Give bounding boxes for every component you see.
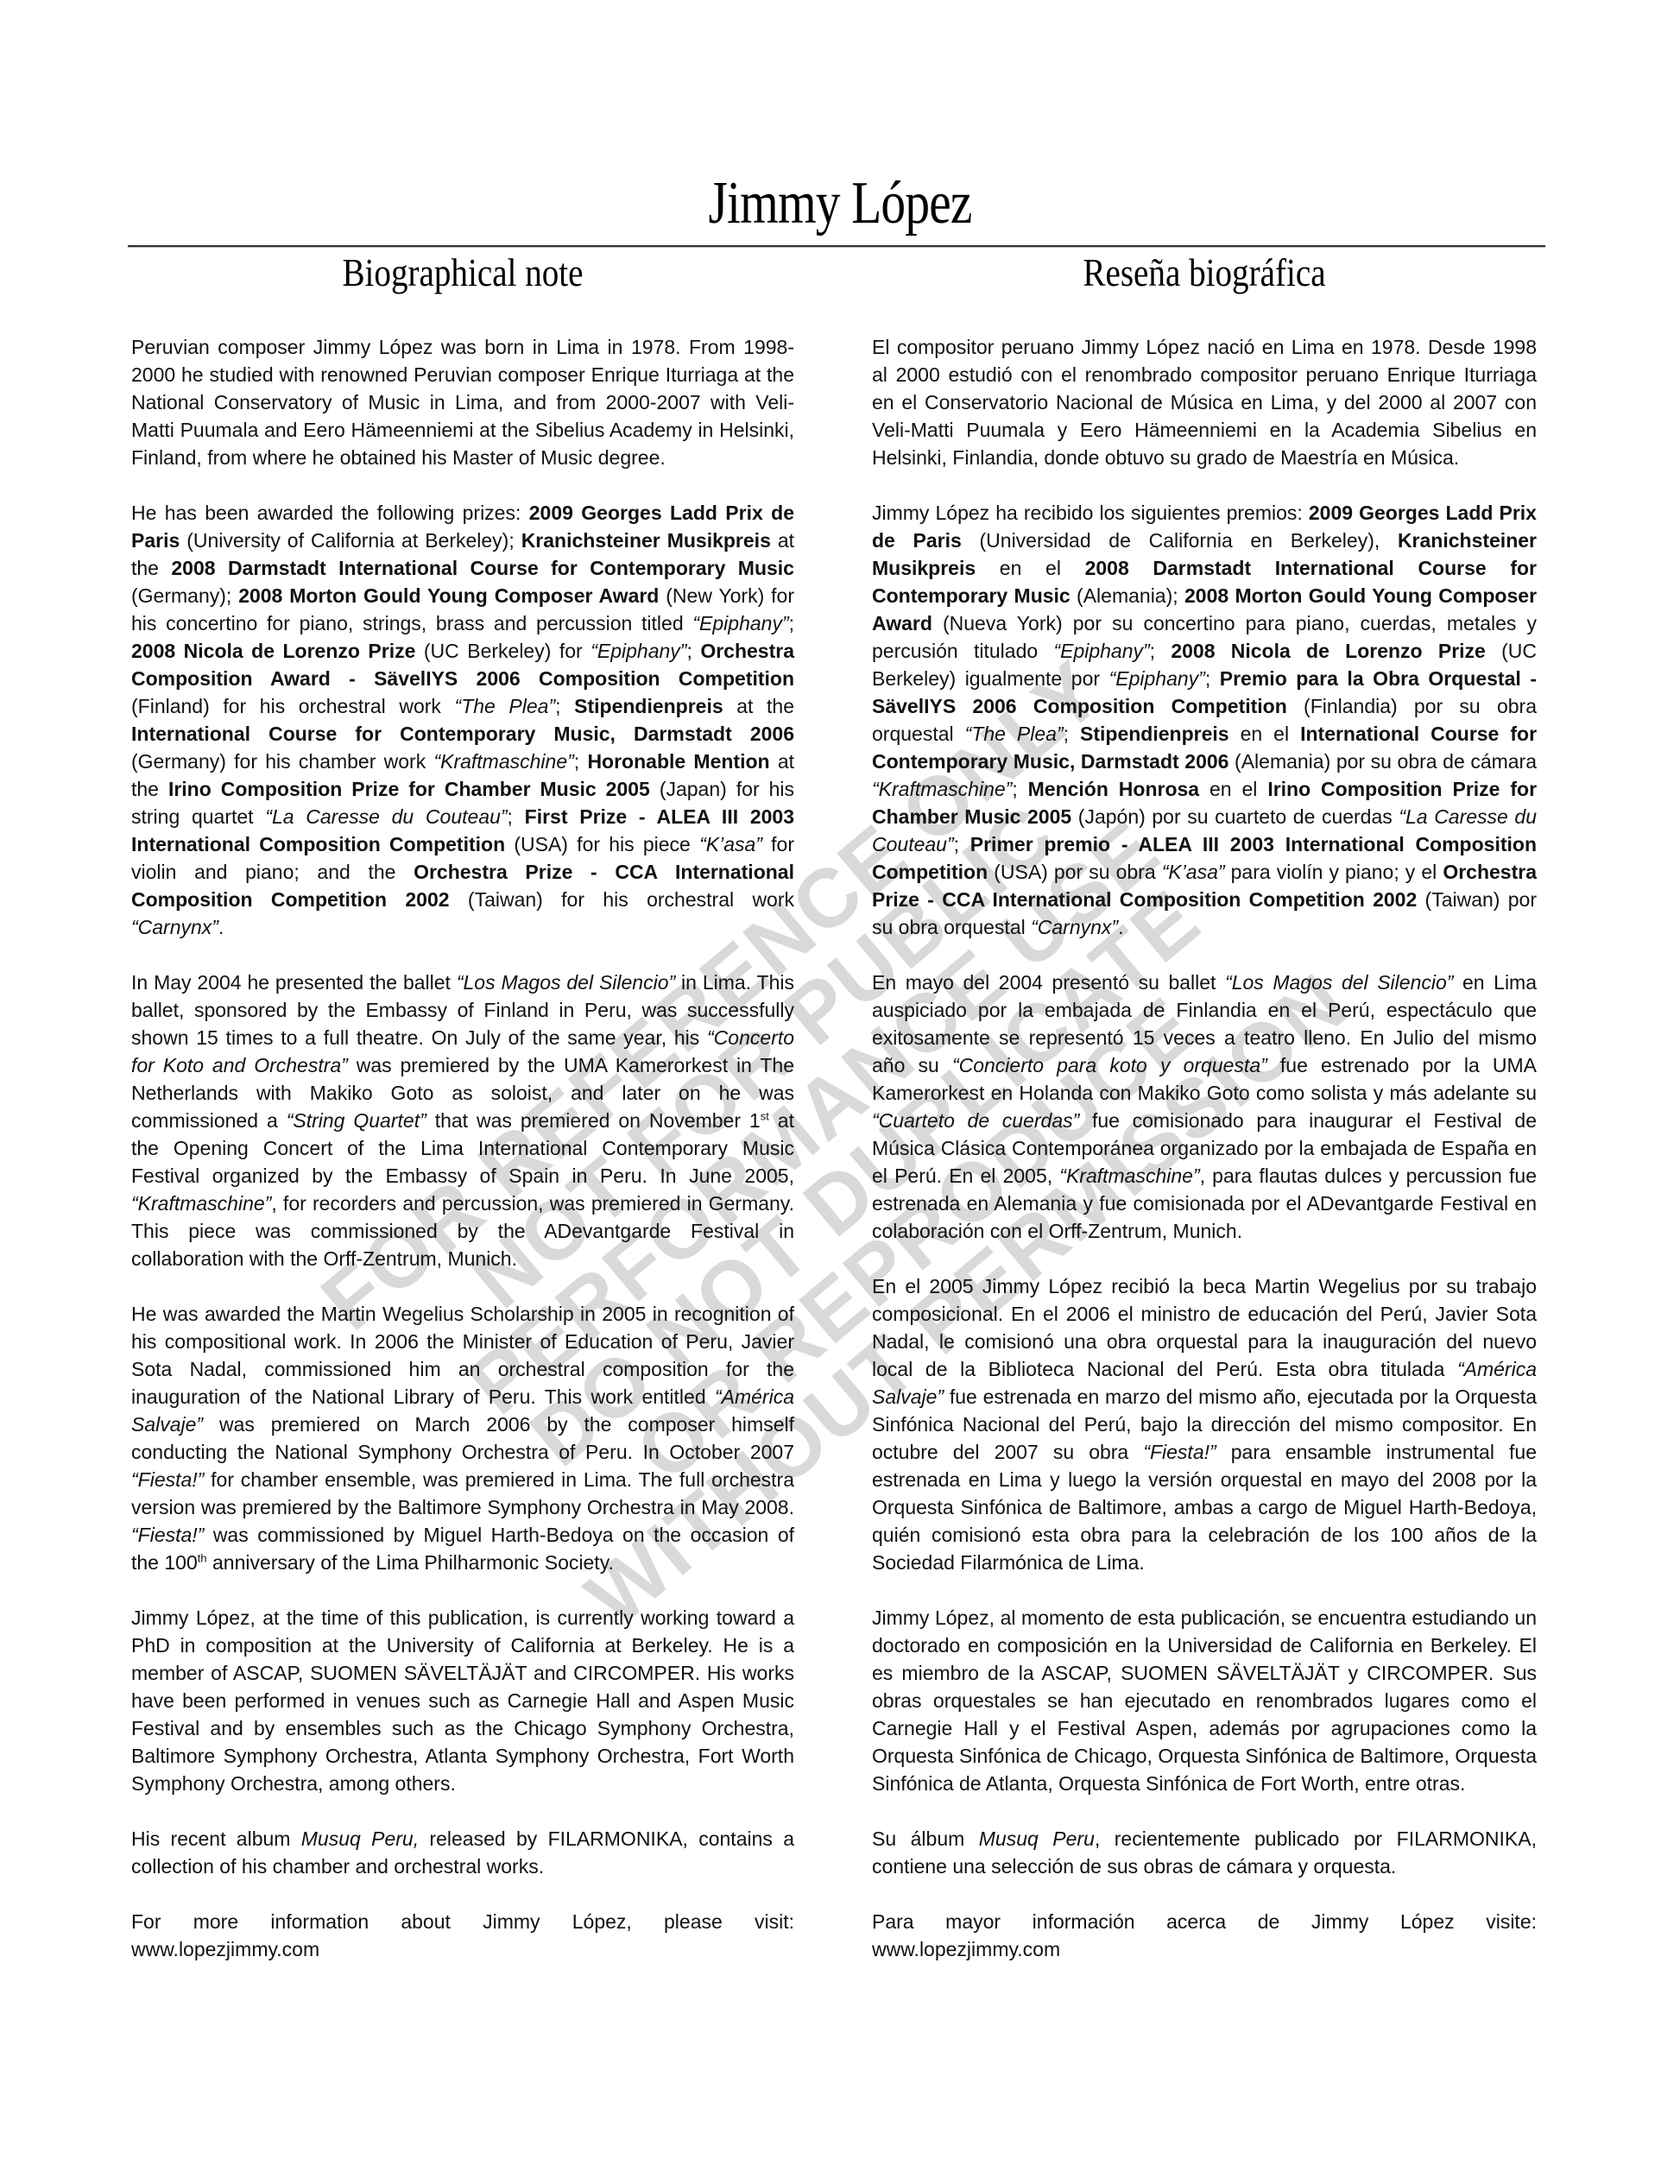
prize-name: Horonable Mention: [587, 750, 769, 773]
work-title: “K’asa”: [699, 833, 762, 855]
prize-name: Mención Honrosa: [1028, 778, 1199, 800]
english-paragraph-scholarship: He was awarded the Martin Wegelius Schol…: [131, 1300, 794, 1576]
spanish-paragraph-prizes: Jimmy López ha recibido los siguientes p…: [872, 499, 1537, 941]
website-link[interactable]: www.lopezjimmy.com: [131, 1938, 319, 1960]
work-title: “K’asa”: [1162, 861, 1225, 883]
prize-name: Stipendienpreis: [574, 695, 723, 717]
spanish-paragraph-ballet: En mayo del 2004 presentó su ballet “Los…: [872, 969, 1537, 1245]
spanish-paragraph-scholarship: En el 2005 Jimmy López recibió la beca M…: [872, 1272, 1537, 1576]
work-title: “String Quartet”: [287, 1109, 426, 1132]
text: ;: [1064, 723, 1080, 745]
prize-name: 2008 Nicola de Lorenzo Prize: [1171, 640, 1486, 662]
work-title: “La Caresse du Couteau”: [265, 805, 507, 828]
text: ;: [1205, 667, 1220, 690]
work-title: “Fiesta!”: [1143, 1441, 1216, 1463]
prize-name: Kranichsteiner Musikpreis: [521, 529, 771, 552]
text: for chamber ensemble, was premiered in L…: [131, 1468, 794, 1518]
prize-name: International Course for Contemporary Mu…: [131, 723, 794, 745]
spanish-paragraph-current: Jimmy López, al momento de esta publicac…: [872, 1604, 1537, 1797]
work-title: “Epiphany”: [692, 612, 788, 634]
work-title: “The Plea”: [455, 695, 556, 717]
text: .: [218, 916, 224, 938]
english-heading: Biographical note: [181, 249, 745, 297]
text: (Alemania) por su obra de cámara: [1228, 750, 1537, 773]
work-title: “Cuarteto de cuerdas”: [872, 1109, 1079, 1132]
album-title: Musuq Peru: [979, 1827, 1095, 1850]
text: that was premiered on November 1: [426, 1109, 761, 1132]
work-title: “Epiphany”: [1109, 667, 1205, 690]
work-title: “The Plea”: [965, 723, 1064, 745]
work-title: “Concierto para koto y orquesta”: [952, 1054, 1267, 1076]
work-title: “Fiesta!”: [131, 1524, 204, 1546]
text: ;: [1150, 640, 1172, 662]
work-title: “Epiphany”: [591, 640, 686, 662]
text: (USA) por su obra: [988, 861, 1162, 883]
ordinal-suffix: st: [761, 1109, 769, 1122]
text: (Alemania);: [1071, 584, 1184, 607]
text: at the: [723, 695, 794, 717]
text: (University of California at Berkeley);: [180, 529, 521, 552]
text: (USA) for his piece: [505, 833, 699, 855]
english-column: Peruvian composer Jimmy López was born i…: [131, 333, 794, 1991]
english-paragraph-contact: For more information about Jimmy López, …: [131, 1908, 794, 1963]
text: (Finland) for his orchestral work: [131, 695, 455, 717]
page-title: Jimmy López: [151, 169, 1529, 238]
prize-name: 2008 Nicola de Lorenzo Prize: [131, 640, 415, 662]
spanish-paragraph-intro: El compositor peruano Jimmy López nació …: [872, 333, 1537, 471]
text: para violín y piano; y el: [1225, 861, 1443, 883]
prize-name: Irino Composition Prize for Chamber Musi…: [168, 778, 650, 800]
text: .: [1118, 916, 1123, 938]
text: Para mayor información acerca de Jimmy L…: [872, 1910, 1537, 1933]
text: (Germany) for his chamber work: [131, 750, 433, 773]
english-paragraph-intro: Peruvian composer Jimmy López was born i…: [131, 333, 794, 471]
text: En el 2005 Jimmy López recibió la beca M…: [872, 1275, 1537, 1380]
work-title: “Fiesta!”: [131, 1468, 204, 1491]
text: (UC Berkeley) for: [415, 640, 591, 662]
text: en el: [1199, 778, 1267, 800]
prize-name: 2008 Darmstadt International Course for …: [171, 557, 794, 579]
title-divider: [128, 245, 1545, 247]
spanish-heading: Reseña biográfica: [922, 249, 1487, 297]
text: en el: [976, 557, 1084, 579]
work-title: “Los Magos del Silencio”: [1225, 971, 1453, 994]
text: His recent album: [131, 1827, 301, 1850]
text: For more information about Jimmy López, …: [131, 1910, 794, 1933]
text: In May 2004 he presented the ballet: [131, 971, 457, 994]
work-title: “Kraftmaschine”: [872, 778, 1012, 800]
text: ;: [686, 640, 700, 662]
album-title: Musuq Peru,: [301, 1827, 419, 1850]
text: ;: [789, 612, 794, 634]
text: Su álbum: [872, 1827, 979, 1850]
work-title: “Carnynx”: [1031, 916, 1118, 938]
text: ;: [555, 695, 574, 717]
document-page: FOR REFERENCE ONLY NOT FOR PUBLIC PERFOR…: [0, 0, 1680, 2184]
text: He was awarded the Martin Wegelius Schol…: [131, 1303, 794, 1408]
work-title: “Kraftmaschine”: [131, 1192, 271, 1215]
english-paragraph-ballet: In May 2004 he presented the ballet “Los…: [131, 969, 794, 1272]
spanish-column: El compositor peruano Jimmy López nació …: [872, 333, 1537, 1991]
prize-name: Stipendienpreis: [1080, 723, 1229, 745]
work-title: “Carnynx”: [131, 916, 218, 938]
work-title: “Los Magos del Silencio”: [457, 971, 675, 994]
text: (Japón) por su cuarteto de cuerdas: [1071, 805, 1399, 828]
work-title: “Epiphany”: [1053, 640, 1149, 662]
spanish-paragraph-contact: Para mayor información acerca de Jimmy L…: [872, 1908, 1537, 1963]
text: en el: [1229, 723, 1301, 745]
text: Jimmy López ha recibido los siguientes p…: [872, 502, 1309, 524]
website-link[interactable]: www.lopezjimmy.com: [872, 1938, 1060, 1960]
text: ;: [954, 833, 970, 855]
text: was premiered on March 2006 by the compo…: [131, 1413, 794, 1463]
text: (Germany);: [131, 584, 238, 607]
text: ;: [508, 805, 525, 828]
english-paragraph-album: His recent album Musuq Peru, released by…: [131, 1825, 794, 1880]
english-paragraph-current: Jimmy López, at the time of this publica…: [131, 1604, 794, 1797]
ordinal-suffix: th: [198, 1551, 207, 1564]
work-title: “Kraftmaschine”: [433, 750, 573, 773]
spanish-paragraph-album: Su álbum Musuq Peru, recientemente publi…: [872, 1825, 1537, 1880]
work-title: “Kraftmaschine”: [1059, 1165, 1199, 1187]
text: (Universidad de California en Berkeley),: [962, 529, 1398, 552]
text: anniversary of the Lima Philharmonic Soc…: [207, 1551, 614, 1574]
english-paragraph-prizes: He has been awarded the following prizes…: [131, 499, 794, 941]
prize-name: 2008 Morton Gould Young Composer Award: [238, 584, 659, 607]
text: En mayo del 2004 presentó su ballet: [872, 971, 1225, 994]
text: ;: [574, 750, 588, 773]
text: He has been awarded the following prizes…: [131, 502, 529, 524]
text: ;: [1012, 778, 1027, 800]
text: (Taiwan) for his orchestral work: [450, 888, 794, 911]
